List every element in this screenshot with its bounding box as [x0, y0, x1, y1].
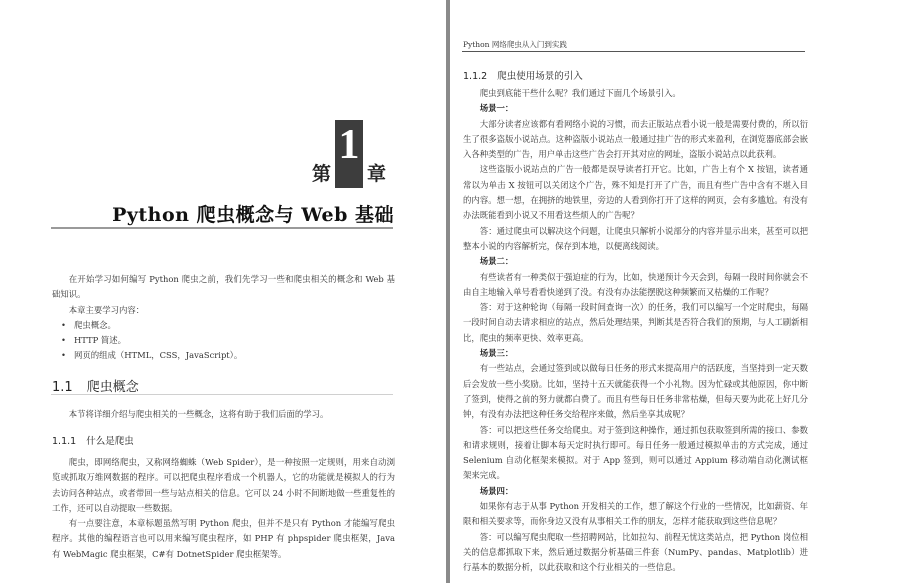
- answer-paragraph: 答：通过爬虫可以解决这个问题，让爬虫只解析小说部分的内容并显示出来，甚至可以把整…: [463, 224, 808, 255]
- running-header: Python 网络爬虫从入门到实践: [463, 39, 567, 50]
- chapter-divider: [51, 227, 393, 229]
- scene-label: 场景一：: [463, 101, 808, 116]
- intro-list-heading: 本章主要学习内容：: [52, 303, 395, 318]
- body-paragraph: 这些盗版小说站点的广告一般都是误导读者打开它。比如，广告上有个 X 按钮，读者通…: [463, 162, 808, 223]
- intro-list-item: 爬虫概念。: [52, 318, 395, 333]
- right-page: Python 网络爬虫从入门到实践 1.1.2爬虫使用场景的引入 爬虫到底能干些…: [450, 0, 898, 583]
- scene-label: 场景三：: [463, 346, 808, 361]
- section-intro-paragraph: 爬虫到底能干些什么呢？我们通过下面几个场景引入。: [463, 86, 808, 101]
- header-rule: [462, 51, 805, 52]
- chapter-suffix: 章: [367, 165, 386, 184]
- body-paragraph: 大部分读者应该都有看网络小说的习惯，而去正版站点看小说一般是需要付费的，所以衍生…: [463, 117, 808, 163]
- section-heading-1-1-2: 1.1.2爬虫使用场景的引入: [463, 68, 583, 82]
- section-intro-paragraph: 本节将详细介绍与爬虫相关的一些概念，这将有助于我们后面的学习。: [52, 407, 395, 422]
- body-paragraph: 如果你有志于从事 Python 开发相关的工作，想了解这个行业的一些情况，比如薪…: [463, 499, 808, 530]
- section-1-1-2-body: 爬虫到底能干些什么呢？我们通过下面几个场景引入。 场景一： 大部分读者应该都有看…: [463, 86, 808, 576]
- body-paragraph: 有一些站点，会通过签到或以做每日任务的形式来提高用户的活跃度，当坚持到一定天数后…: [463, 361, 808, 422]
- intro-list-item: 网页的组成（HTML，CSS，JavaScript）。: [52, 348, 395, 363]
- chapter-prefix: 第: [312, 165, 331, 184]
- answer-paragraph: 答：可以编写爬虫爬取一些招聘网站，比如拉勾、前程无忧这类站点，把 Python …: [463, 530, 808, 576]
- section-heading-1-1: 1.1爬虫概念: [52, 376, 139, 395]
- scene-label: 场景四：: [463, 484, 808, 499]
- section-number: 1.1.2: [463, 71, 487, 82]
- section-1-1-1-body: 爬虫，即网络爬虫，又称网络蜘蛛（Web Spider），是一种按照一定规则，用来…: [52, 455, 395, 562]
- answer-paragraph: 答：对于这种轮询（每隔一段时间查询一次）的任务，我们可以编写一个定时爬虫，每隔一…: [463, 300, 808, 346]
- body-paragraph: 有些读者有一种类似于强迫症的行为，比如，快递预计今天会到，每隔一段时间你就会不由…: [463, 270, 808, 301]
- intro-paragraph: 在开始学习如何编写 Python 爬虫之前，我们先学习一些和爬虫相关的概念和 W…: [52, 272, 395, 303]
- section-title: 什么是爬虫: [86, 436, 134, 447]
- section-title: 爬虫概念: [87, 380, 139, 395]
- section-divider: [51, 394, 393, 395]
- section-number: 1.1.1: [52, 436, 76, 447]
- chapter-number-badge: 1: [335, 120, 363, 188]
- scene-label: 场景二：: [463, 254, 808, 269]
- chapter-title: Python 爬虫概念与 Web 基础: [112, 200, 394, 227]
- left-page: 第 1 章 Python 爬虫概念与 Web 基础 在开始学习如何编写 Pyth…: [0, 0, 446, 583]
- body-paragraph: 爬虫，即网络爬虫，又称网络蜘蛛（Web Spider），是一种按照一定规则，用来…: [52, 455, 395, 516]
- chapter-heading: 第 1 章: [312, 118, 386, 188]
- section-title: 爬虫使用场景的引入: [497, 71, 583, 82]
- section-1-1-intro: 本节将详细介绍与爬虫相关的一些概念，这将有助于我们后面的学习。: [52, 407, 395, 422]
- section-number: 1.1: [52, 380, 73, 395]
- body-paragraph: 有一点要注意，本章标题虽然写明 Python 爬虫，但并不是只有 Python …: [52, 516, 395, 562]
- section-heading-1-1-1: 1.1.1什么是爬虫: [52, 433, 134, 447]
- chapter-intro: 在开始学习如何编写 Python 爬虫之前，我们先学习一些和爬虫相关的概念和 W…: [52, 272, 395, 364]
- intro-list-item: HTTP 简述。: [52, 333, 395, 348]
- answer-paragraph: 答：可以把这些任务交给爬虫。对于签到这种操作，通过抓包获取签到所需的接口、参数和…: [463, 423, 808, 484]
